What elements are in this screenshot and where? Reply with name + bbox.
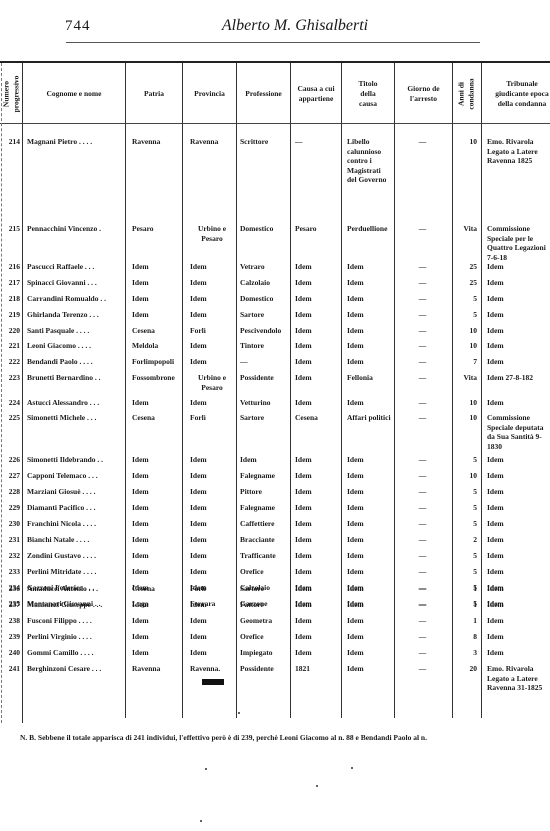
row-causa: Idem bbox=[295, 357, 312, 367]
row-causa: Idem bbox=[295, 373, 312, 383]
row-name: Marziani Giosuè . . . . bbox=[27, 487, 96, 497]
row-anni: 7 bbox=[455, 357, 477, 367]
col-sep bbox=[481, 63, 482, 718]
row-patria: Idem bbox=[132, 535, 149, 545]
row-giorno: — bbox=[394, 487, 451, 497]
row-name: Pennacchini Vincenzo . bbox=[27, 224, 101, 234]
row-giorno: — bbox=[394, 648, 451, 658]
row-professione: Possidente bbox=[240, 373, 274, 383]
row-giorno: — bbox=[394, 357, 451, 367]
row-professione: Pescivendolo bbox=[240, 326, 281, 336]
row-name: Berghinzoni Cesare . . . bbox=[27, 664, 101, 674]
row-tribunale: Idem bbox=[487, 278, 504, 288]
row-causa: Idem bbox=[295, 262, 312, 272]
row-patria: Idem bbox=[132, 567, 149, 577]
row-provincia: Idem bbox=[190, 503, 207, 513]
row-tribunale: Idem bbox=[487, 471, 504, 481]
row-patria: Idem bbox=[132, 648, 149, 658]
row-patria: Idem bbox=[132, 551, 149, 561]
row-giorno: — bbox=[394, 519, 451, 529]
header-tribunale: Tribunale giudicante epoca della condann… bbox=[482, 66, 550, 122]
row-name: Perlini Virginio . . . . bbox=[27, 632, 92, 642]
row-number: 218 bbox=[2, 294, 20, 304]
row-causa: Cesena bbox=[295, 413, 318, 423]
row-professione: Domestico bbox=[240, 224, 273, 234]
row-patria: Cesena bbox=[132, 413, 155, 423]
row-causa: Idem bbox=[295, 503, 312, 513]
row-anni: 10 bbox=[455, 137, 477, 147]
speck bbox=[351, 767, 353, 769]
row-name: Gommi Camillo . . . . bbox=[27, 648, 93, 658]
row-titolo: Idem bbox=[347, 471, 364, 481]
row-anni: 10 bbox=[455, 471, 477, 481]
row-giorno: — bbox=[394, 413, 451, 423]
row-professione: Impiegato bbox=[240, 648, 273, 658]
row-titolo: Idem bbox=[347, 535, 364, 545]
row-name: Astucci Alessandro . . . bbox=[27, 398, 99, 408]
row-name: Perlini Mitridate . . . . bbox=[27, 567, 96, 577]
row-anni: 1 bbox=[455, 584, 477, 594]
row-causa: Idem bbox=[295, 398, 312, 408]
row-patria: Idem bbox=[132, 398, 149, 408]
table-header-rule bbox=[0, 123, 550, 124]
row-causa: Idem bbox=[295, 326, 312, 336]
row-anni: 8 bbox=[455, 632, 477, 642]
row-number: 220 bbox=[2, 326, 20, 336]
row-titolo: Idem bbox=[347, 326, 364, 336]
row-professione: Orefice bbox=[240, 567, 264, 577]
header-professione: Professione bbox=[237, 66, 290, 122]
row-giorno: — bbox=[394, 600, 451, 610]
row-causa: Idem bbox=[295, 278, 312, 288]
row-tribunale: Idem 27-8-182 bbox=[487, 373, 550, 383]
row-professione: Vetraro bbox=[240, 262, 265, 272]
row-provincia: Idem bbox=[190, 262, 207, 272]
row-tribunale: Emo. Rivarola Legato a Latere Ravenna 18… bbox=[487, 137, 550, 166]
row-anni: 10 bbox=[455, 326, 477, 336]
row-giorno: — bbox=[394, 503, 451, 513]
row-name: Amaducci Antonio . . . bbox=[27, 584, 98, 594]
row-provincia: Forlì bbox=[190, 326, 206, 336]
row-number: 232 bbox=[2, 551, 20, 561]
row-titolo: Libello calunnioso contro i Magistrati d… bbox=[347, 137, 391, 185]
row-tribunale: Idem bbox=[487, 616, 504, 626]
row-tribunale: Idem bbox=[487, 262, 504, 272]
row-patria: Idem bbox=[132, 278, 149, 288]
row-provincia: Idem bbox=[190, 357, 207, 367]
row-number: 221 bbox=[2, 341, 20, 351]
header-name: Cognome e nome bbox=[23, 66, 125, 122]
row-professione: Idem bbox=[240, 455, 257, 465]
row-giorno: — bbox=[394, 326, 451, 336]
row-titolo: Idem bbox=[347, 487, 364, 497]
row-giorno: — bbox=[394, 294, 451, 304]
row-patria: Idem bbox=[132, 262, 149, 272]
row-number: 229 bbox=[2, 503, 20, 513]
row-tribunale: Idem bbox=[487, 600, 504, 610]
row-anni: 10 bbox=[455, 413, 477, 423]
row-professione: Falegname bbox=[240, 503, 275, 513]
row-provincia: Idem bbox=[190, 341, 207, 351]
row-anni: 20 bbox=[455, 664, 477, 674]
row-name: Simonetti Ildebrando . . bbox=[27, 455, 103, 465]
row-name: Zondini Gustavo . . . . bbox=[27, 551, 96, 561]
row-giorno: — bbox=[394, 471, 451, 481]
row-provincia: Ravenna. bbox=[190, 664, 220, 674]
row-titolo: Idem bbox=[347, 310, 364, 320]
row-patria: Idem bbox=[132, 616, 149, 626]
row-name: Mannuzzi Giuseppe . . . bbox=[27, 600, 102, 610]
row-number: 224 bbox=[2, 398, 20, 408]
row-professione: Geometra bbox=[240, 616, 272, 626]
row-number: 216 bbox=[2, 262, 20, 272]
row-anni: 5 bbox=[455, 294, 477, 304]
row-causa: Idem bbox=[295, 584, 312, 594]
row-name: Carrandini Romualdo . . bbox=[27, 294, 106, 304]
row-titolo: Fellonia bbox=[347, 373, 373, 383]
row-professione: Bracciante bbox=[240, 535, 275, 545]
row-patria: Ravenna bbox=[132, 137, 160, 147]
row-causa: Idem bbox=[295, 551, 312, 561]
row-titolo: Idem bbox=[347, 357, 364, 367]
row-name: Bianchi Natale . . . . bbox=[27, 535, 89, 545]
row-patria: Idem bbox=[132, 455, 149, 465]
row-giorno: — bbox=[394, 398, 451, 408]
row-titolo: Idem bbox=[347, 262, 364, 272]
row-patria: Cesena bbox=[132, 584, 155, 594]
speck bbox=[200, 820, 202, 822]
row-number: 238 bbox=[2, 616, 20, 626]
row-patria: Idem bbox=[132, 632, 149, 642]
row-provincia: Idem bbox=[190, 551, 207, 561]
row-anni: 2 bbox=[455, 535, 477, 545]
running-head: Alberto M. Ghisalberti bbox=[0, 17, 550, 35]
row-causa: Idem bbox=[295, 294, 312, 304]
row-causa: Idem bbox=[295, 567, 312, 577]
row-professione: Calzolaio bbox=[240, 278, 270, 288]
row-patria: Cesena bbox=[132, 326, 155, 336]
row-patria: Idem bbox=[132, 294, 149, 304]
row-number: 239 bbox=[2, 632, 20, 642]
row-giorno: — bbox=[394, 616, 451, 626]
row-name: Pascucci Raffaele . . . bbox=[27, 262, 94, 272]
row-number: 231 bbox=[2, 535, 20, 545]
row-tribunale: Idem bbox=[487, 551, 504, 561]
row-anni: 5 bbox=[455, 551, 477, 561]
row-titolo: Idem bbox=[347, 278, 364, 288]
row-patria: Idem bbox=[132, 600, 149, 610]
row-name: Magnani Pietro . . . . bbox=[27, 137, 92, 147]
row-anni: 25 bbox=[455, 262, 477, 272]
row-titolo: Idem bbox=[347, 551, 364, 561]
row-professione: Tintore bbox=[240, 341, 264, 351]
row-number: 219 bbox=[2, 310, 20, 320]
row-number: 241 bbox=[2, 664, 20, 674]
row-tribunale: Idem bbox=[487, 535, 504, 545]
col-sep bbox=[125, 63, 126, 718]
row-name: Franchini Nicola . . . . bbox=[27, 519, 96, 529]
row-number: 237 bbox=[2, 600, 20, 610]
row-patria: Fossombrone bbox=[132, 373, 175, 383]
row-tribunale: Idem bbox=[487, 503, 504, 513]
col-sep bbox=[452, 63, 453, 718]
row-tribunale: Commissione Speciale per le Quattro Lega… bbox=[487, 224, 550, 262]
row-causa: Idem bbox=[295, 341, 312, 351]
row-causa: Idem bbox=[295, 535, 312, 545]
row-causa: Idem bbox=[295, 632, 312, 642]
row-tribunale: Emo. Rivarola Legato a Latere Ravenna 31… bbox=[487, 664, 550, 693]
row-giorno: — bbox=[394, 551, 451, 561]
row-titolo: Idem bbox=[347, 398, 364, 408]
col-sep bbox=[341, 63, 342, 718]
row-provincia: Idem bbox=[190, 455, 207, 465]
row-name: Leoni Giacomo . . . . bbox=[27, 341, 91, 351]
row-causa: Idem bbox=[295, 519, 312, 529]
row-professione: Sartore bbox=[240, 413, 264, 423]
header-causa: Causa a cui appartiene bbox=[291, 66, 341, 122]
row-patria: Idem bbox=[132, 487, 149, 497]
row-provincia: Urbino e Pesaro bbox=[190, 224, 234, 243]
row-tribunale: Idem bbox=[487, 357, 504, 367]
row-giorno: — bbox=[394, 584, 451, 594]
row-titolo: Idem bbox=[347, 616, 364, 626]
row-giorno: — bbox=[394, 310, 451, 320]
header-patria: Patria bbox=[126, 66, 182, 122]
row-name: Capponi Telemaco . . . bbox=[27, 471, 98, 481]
row-provincia: Idem bbox=[190, 616, 207, 626]
row-giorno: — bbox=[394, 455, 451, 465]
row-provincia: Ravenna bbox=[190, 137, 218, 147]
head-rule bbox=[66, 42, 480, 43]
row-titolo: Affari politici bbox=[347, 413, 391, 423]
row-patria: Pesaro bbox=[132, 224, 154, 234]
row-tribunale: Idem bbox=[487, 519, 504, 529]
row-anni: 1 bbox=[455, 616, 477, 626]
row-provincia: Idem bbox=[190, 519, 207, 529]
row-professione: Sartore bbox=[240, 584, 264, 594]
row-number: 223 bbox=[2, 373, 20, 383]
row-professione: Fattore bbox=[240, 600, 264, 610]
row-giorno: — bbox=[394, 535, 451, 545]
row-professione: — bbox=[240, 357, 248, 367]
row-provincia: Idem bbox=[190, 487, 207, 497]
row-number: 230 bbox=[2, 519, 20, 529]
row-tribunale: Idem bbox=[487, 294, 504, 304]
row-provincia: Idem bbox=[190, 600, 207, 610]
row-tribunale: Idem bbox=[487, 341, 504, 351]
row-anni: 25 bbox=[455, 278, 477, 288]
row-professione: Orefice bbox=[240, 632, 264, 642]
row-titolo: Perduellione bbox=[347, 224, 391, 234]
row-titolo: Idem bbox=[347, 600, 364, 610]
row-causa: Idem bbox=[295, 310, 312, 320]
row-professione: Falegname bbox=[240, 471, 275, 481]
header-titolo: Titolo della causa bbox=[342, 66, 394, 122]
row-number: 233 bbox=[2, 567, 20, 577]
row-number: 228 bbox=[2, 487, 20, 497]
row-titolo: Idem bbox=[347, 632, 364, 642]
speck bbox=[316, 785, 318, 787]
row-causa: Idem bbox=[295, 616, 312, 626]
row-name: Brunetti Bernardino . . bbox=[27, 373, 101, 383]
row-professione: Scrittore bbox=[240, 137, 268, 147]
row-giorno: — bbox=[394, 262, 451, 272]
row-anni: 1 bbox=[455, 600, 477, 610]
row-patria: Idem bbox=[132, 471, 149, 481]
row-provincia: Forlì bbox=[190, 413, 206, 423]
row-tribunale: Idem bbox=[487, 567, 504, 577]
row-name: Simonetti Michele . . . bbox=[27, 413, 96, 423]
row-anni: 10 bbox=[455, 398, 477, 408]
row-tribunale: Idem bbox=[487, 310, 504, 320]
row-giorno: — bbox=[394, 137, 451, 147]
row-anni: 5 bbox=[455, 567, 477, 577]
row-number: 227 bbox=[2, 471, 20, 481]
col-sep bbox=[22, 63, 23, 723]
row-anni: 5 bbox=[455, 519, 477, 529]
speck bbox=[238, 712, 240, 714]
col-sep bbox=[290, 63, 291, 718]
row-titolo: Idem bbox=[347, 648, 364, 658]
row-provincia: Idem bbox=[190, 535, 207, 545]
row-number: 236 bbox=[2, 584, 20, 594]
row-anni: 5 bbox=[455, 455, 477, 465]
row-name: Spinacci Giovanni . . . bbox=[27, 278, 97, 288]
row-name: Ghirlanda Terenzo . . . bbox=[27, 310, 99, 320]
row-provincia: Idem bbox=[190, 471, 207, 481]
row-patria: Idem bbox=[132, 519, 149, 529]
row-patria: Idem bbox=[132, 310, 149, 320]
row-tribunale: Idem bbox=[487, 632, 504, 642]
row-anni: 5 bbox=[455, 503, 477, 513]
row-causa: Idem bbox=[295, 487, 312, 497]
row-number: 226 bbox=[2, 455, 20, 465]
row-patria: Meldola bbox=[132, 341, 158, 351]
row-number: 217 bbox=[2, 278, 20, 288]
row-titolo: Idem bbox=[347, 584, 364, 594]
row-anni: Vita bbox=[455, 373, 477, 383]
row-name: Fusconi Filippo . . . . bbox=[27, 616, 92, 626]
row-patria: Ravenna bbox=[132, 664, 160, 674]
row-causa: Pesaro bbox=[295, 224, 317, 234]
row-tribunale: Commissione Speciale deputata da Sua San… bbox=[487, 413, 550, 451]
row-number: 215 bbox=[2, 224, 20, 234]
col-sep bbox=[182, 63, 183, 718]
row-professione: Possidente bbox=[240, 664, 274, 674]
row-causa: — bbox=[295, 137, 303, 147]
row-anni: 3 bbox=[455, 648, 477, 658]
row-professione: Pittore bbox=[240, 487, 262, 497]
row-anni: Vita bbox=[455, 224, 477, 234]
row-giorno: — bbox=[394, 224, 451, 234]
row-anni: 5 bbox=[455, 310, 477, 320]
row-name: Bendandi Paolo . . . . bbox=[27, 357, 93, 367]
row-professione: Trafficante bbox=[240, 551, 276, 561]
header-giorno: Giorno de l'arresto bbox=[395, 66, 452, 122]
row-professione: Caffettiere bbox=[240, 519, 274, 529]
row-tribunale: Idem bbox=[487, 648, 504, 658]
row-provincia: Idem bbox=[190, 567, 207, 577]
row-provincia: Idem bbox=[190, 648, 207, 658]
footnote: N. B. Sebbene il totale apparisca di 241… bbox=[20, 733, 427, 742]
row-titolo: Idem bbox=[347, 567, 364, 577]
row-number: 225 bbox=[2, 413, 20, 423]
header-num: Numero progressivo bbox=[1, 66, 22, 122]
row-provincia: Idem bbox=[190, 398, 207, 408]
row-tribunale: Idem bbox=[487, 584, 504, 594]
row-anni: 10 bbox=[455, 341, 477, 351]
row-titolo: Idem bbox=[347, 664, 364, 674]
smudge bbox=[202, 679, 224, 685]
row-causa: Idem bbox=[295, 471, 312, 481]
row-provincia: Idem bbox=[190, 310, 207, 320]
row-anni: 5 bbox=[455, 487, 477, 497]
row-giorno: — bbox=[394, 567, 451, 577]
row-causa: 1821 bbox=[295, 664, 310, 674]
row-causa: Idem bbox=[295, 455, 312, 465]
row-tribunale: Idem bbox=[487, 487, 504, 497]
table-top-rule bbox=[0, 61, 550, 63]
row-tribunale: Idem bbox=[487, 326, 504, 336]
row-tribunale: Idem bbox=[487, 398, 504, 408]
row-patria: Idem bbox=[132, 503, 149, 513]
row-number: 240 bbox=[2, 648, 20, 658]
row-giorno: — bbox=[394, 341, 451, 351]
row-professione: Vetturino bbox=[240, 398, 271, 408]
row-titolo: Idem bbox=[347, 294, 364, 304]
row-name: Santi Pasquale . . . . bbox=[27, 326, 89, 336]
row-professione: Domestico bbox=[240, 294, 273, 304]
row-provincia: Urbino e Pesaro bbox=[190, 373, 234, 392]
row-provincia: Idem bbox=[190, 294, 207, 304]
row-name: Diamanti Pacifico . . . bbox=[27, 503, 96, 513]
row-giorno: — bbox=[394, 278, 451, 288]
row-titolo: Idem bbox=[347, 519, 364, 529]
row-number: 222 bbox=[2, 357, 20, 367]
row-causa: Idem bbox=[295, 600, 312, 610]
row-causa: Idem bbox=[295, 648, 312, 658]
row-giorno: — bbox=[394, 664, 451, 674]
row-giorno: — bbox=[394, 373, 451, 383]
row-titolo: Idem bbox=[347, 341, 364, 351]
col-sep bbox=[236, 63, 237, 718]
row-titolo: Idem bbox=[347, 503, 364, 513]
row-provincia: Idem bbox=[190, 278, 207, 288]
speck bbox=[205, 768, 207, 770]
row-professione: Sartore bbox=[240, 310, 264, 320]
row-tribunale: Idem bbox=[487, 455, 504, 465]
header-provincia: Provincia bbox=[183, 66, 236, 122]
header-anni: Anni di condanna bbox=[453, 66, 481, 122]
row-titolo: Idem bbox=[347, 455, 364, 465]
row-giorno: — bbox=[394, 632, 451, 642]
row-provincia: Forlì bbox=[190, 584, 206, 594]
row-patria: Forlimpopoli bbox=[132, 357, 174, 367]
row-provincia: Idem bbox=[190, 632, 207, 642]
row-number: 214 bbox=[2, 137, 20, 147]
